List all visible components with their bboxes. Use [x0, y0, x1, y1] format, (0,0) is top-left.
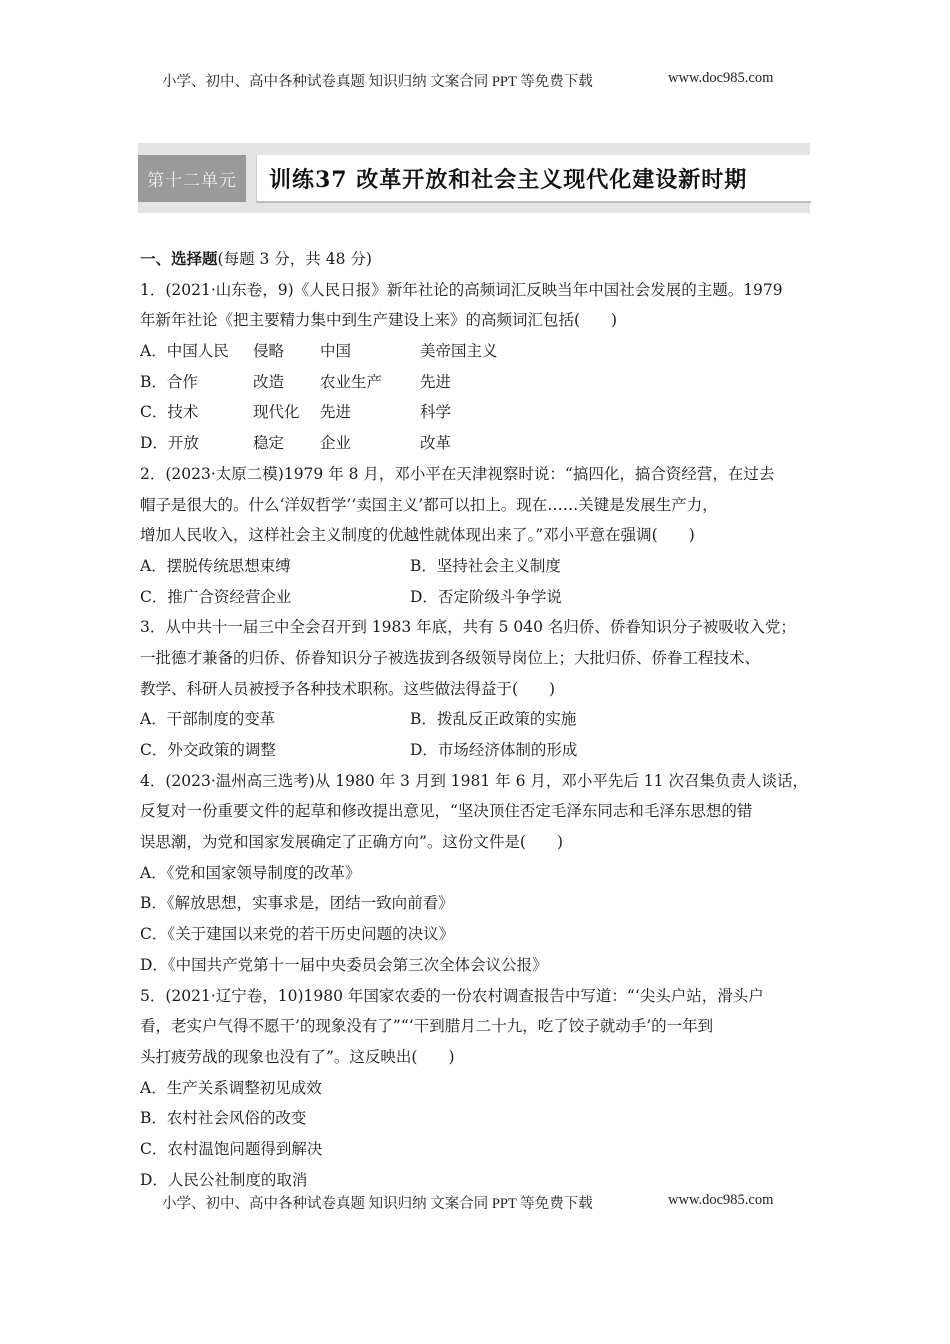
watermark-url: www.doc985.com — [668, 70, 773, 87]
option-row: C．推广合资经营企业D．否定阶级斗争学说 — [140, 582, 820, 613]
page-title: 训练37 改革开放和社会主义现代化建设新时期 — [269, 163, 747, 194]
option-d[interactable]: D．开放稳定企业改革 — [140, 428, 820, 459]
option-c[interactable]: C．农村温饱问题得到解决 — [140, 1134, 820, 1165]
question-stem-line: 2．(2023·太原二模)1979 年 8 月，邓小平在天津视察时说：“搞四化，… — [140, 459, 820, 490]
watermark-text: 小学、初中、高中各种试卷真题 知识归纳 文案合同 PPT 等免费下载 — [162, 70, 593, 91]
option-d[interactable]: D．《中国共产党第十一届中央委员会第三次全体会议公报》 — [140, 950, 820, 981]
option-row: A．干部制度的变革B．拨乱反正政策的实施 — [140, 704, 820, 735]
title-box: 训练37 改革开放和社会主义现代化建设新时期 — [256, 155, 811, 203]
option-c[interactable]: C．外交政策的调整 — [140, 735, 410, 766]
question-stem-line: 1．(2021·山东卷，9)《人民日报》新年社论的高频词汇反映当年中国社会发展的… — [140, 275, 820, 306]
option-c[interactable]: C．《关于建国以来党的若干历史问题的决议》 — [140, 919, 820, 950]
section-title: 一、选择题 — [140, 249, 218, 268]
question-stem-line: 一批德才兼备的归侨、侨眷知识分子被选拔到各级领导岗位上；大批归侨、侨眷工程技术、 — [140, 643, 820, 674]
question-content: 一、选择题(每题 3 分，共 48 分) 1．(2021·山东卷，9)《人民日报… — [140, 244, 820, 1195]
question-stem-line: 3．从中共十一届三中全会召开到 1983 年底，共有 5 040 名归侨、侨眷知… — [140, 612, 820, 643]
question-stem-line: 教学、科研人员被授予各种技术职称。这些做法得益于( ) — [140, 674, 820, 705]
option-c[interactable]: C．推广合资经营企业 — [140, 582, 410, 613]
question-stem-line: 年新年社论《把主要精力集中到生产建设上来》的高频词汇包括( ) — [140, 305, 820, 336]
question-stem-line: 误思潮，为党和国家发展确定了正确方向”。这份文件是( ) — [140, 827, 820, 858]
option-d[interactable]: D．否定阶级斗争学说 — [410, 582, 562, 613]
unit-label: 第十二单元 — [138, 155, 246, 202]
option-a[interactable]: A．中国人民侵略中国美帝国主义 — [140, 336, 820, 367]
question-stem-line: 5．(2021·辽宁卷，10)1980 年国家农委的一份农村调查报告中写道：“‘… — [140, 981, 820, 1012]
option-a[interactable]: A．生产关系调整初见成效 — [140, 1073, 820, 1104]
option-b[interactable]: B．坚持社会主义制度 — [410, 551, 561, 582]
option-b[interactable]: B．合作改造农业生产先进 — [140, 367, 820, 398]
question-4: 4．(2023·温州高三选考)从 1980 年 3 月到 1981 年 6 月，… — [140, 766, 820, 981]
option-b[interactable]: B．拨乱反正政策的实施 — [410, 704, 576, 735]
option-row: C．外交政策的调整D．市场经济体制的形成 — [140, 735, 820, 766]
question-stem-line: 看，老实户气得不愿干’的现象没有了”“‘干到腊月二十九，吃了饺子就动手’的一年到 — [140, 1011, 820, 1042]
question-2: 2．(2023·太原二模)1979 年 8 月，邓小平在天津视察时说：“搞四化，… — [140, 459, 820, 612]
option-c[interactable]: C．技术现代化先进科学 — [140, 397, 820, 428]
option-a[interactable]: A．干部制度的变革 — [140, 704, 410, 735]
question-5: 5．(2021·辽宁卷，10)1980 年国家农委的一份农村调查报告中写道：“‘… — [140, 981, 820, 1196]
unit-banner: 第十二单元 训练37 改革开放和社会主义现代化建设新时期 — [138, 143, 810, 213]
question-stem-line: 头打疲劳战的现象也没有了”。这反映出( ) — [140, 1042, 820, 1073]
question-stem-line: 增加人民收入，这样社会主义制度的优越性就体现出来了。”邓小平意在强调( ) — [140, 520, 820, 551]
option-a[interactable]: A．《党和国家领导制度的改革》 — [140, 858, 820, 889]
option-d[interactable]: D．人民公社制度的取消 — [140, 1165, 820, 1196]
question-stem-line: 4．(2023·温州高三选考)从 1980 年 3 月到 1981 年 6 月，… — [140, 766, 820, 797]
question-1: 1．(2021·山东卷，9)《人民日报》新年社论的高频词汇反映当年中国社会发展的… — [140, 275, 820, 459]
option-d[interactable]: D．市场经济体制的形成 — [410, 735, 577, 766]
section-heading: 一、选择题(每题 3 分，共 48 分) — [140, 244, 820, 275]
watermark-text: 小学、初中、高中各种试卷真题 知识归纳 文案合同 PPT 等免费下载 — [162, 1192, 593, 1213]
option-b[interactable]: B．《解放思想，实事求是，团结一致向前看》 — [140, 888, 820, 919]
option-row: A．摆脱传统思想束缚B．坚持社会主义制度 — [140, 551, 820, 582]
option-b[interactable]: B．农村社会风俗的改变 — [140, 1103, 820, 1134]
watermark-url: www.doc985.com — [668, 1192, 773, 1209]
section-note: (每题 3 分，共 48 分) — [218, 250, 372, 268]
question-3: 3．从中共十一届三中全会召开到 1983 年底，共有 5 040 名归侨、侨眷知… — [140, 612, 820, 765]
question-stem-line: 帽子是很大的。什么‘洋奴哲学’‘卖国主义’都可以扣上。现在……关键是发展生产力， — [140, 490, 820, 521]
option-a[interactable]: A．摆脱传统思想束缚 — [140, 551, 410, 582]
question-stem-line: 反复对一份重要文件的起草和修改提出意见，“坚决顶住否定毛泽东同志和毛泽东思想的错 — [140, 796, 820, 827]
